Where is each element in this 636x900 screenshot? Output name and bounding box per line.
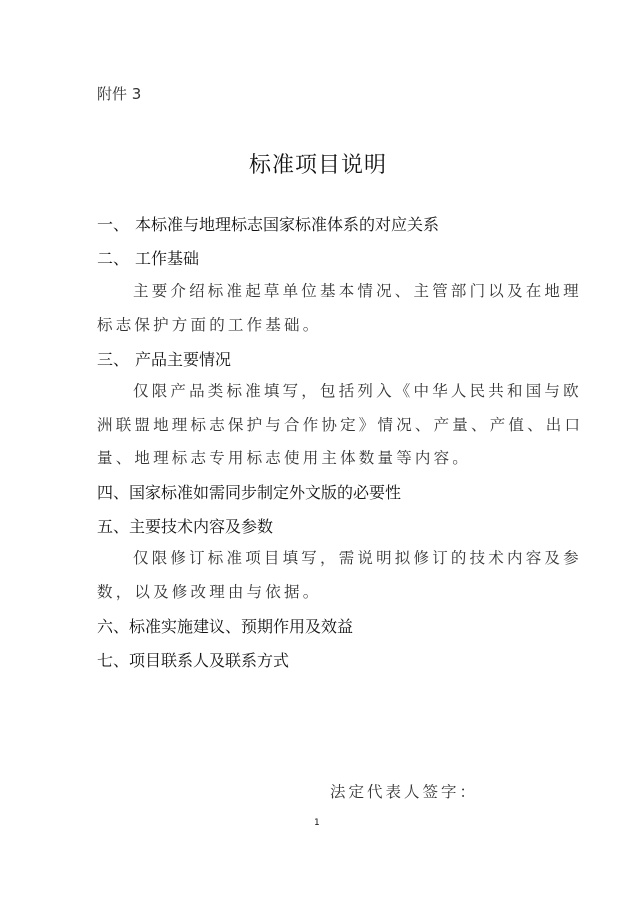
section-body-line: 洲联盟地理标志保护与合作协定》情况、产量、产值、出口 [97,413,583,435]
section-heading-6: 六、标准实施建议、预期作用及效益 [97,614,353,637]
section-number: 三、 [97,347,135,370]
section-heading-1: 一、本标准与地理标志国家标准体系的对应关系 [97,212,439,235]
section-title: 产品主要情况 [135,350,231,369]
section-title: 项目联系人及联系方式 [129,651,289,670]
section-heading-7: 七、项目联系人及联系方式 [97,648,289,671]
section-heading-3: 三、产品主要情况 [97,347,231,370]
section-heading-4: 四、国家标准如需同步制定外文版的必要性 [97,480,401,503]
section-number: 一、 [97,212,135,235]
attachment-label: 附件 3 [97,83,141,104]
section-number: 二、 [97,246,135,269]
section-number: 七、 [97,648,129,671]
page-number: 1 [314,818,320,828]
page-title: 标准项目说明 [0,148,636,179]
section-number: 五、 [97,514,129,537]
section-title: 本标准与地理标志国家标准体系的对应关系 [135,215,439,234]
signature-label: 法定代表人签字： [330,780,478,802]
section-title: 工作基础 [135,249,199,268]
section-body-line: 仅限修订标准项目填写，需说明拟修订的技术内容及参 [133,546,582,568]
section-number: 六、 [97,614,129,637]
section-heading-2: 二、工作基础 [97,246,199,269]
section-title: 标准实施建议、预期作用及效益 [129,617,353,636]
section-body-line: 主要介绍标准起草单位基本情况、主管部门以及在地理 [133,279,582,301]
section-body-line: 标志保护方面的工作基础。 [97,313,321,335]
section-number: 四、 [97,480,129,503]
section-body-line: 量、地理标志专用标志使用主体数量等内容。 [97,446,471,468]
section-body-line: 数，以及修改理由与依据。 [97,580,321,602]
section-body-line: 仅限产品类标准填写，包括列入《中华人民共和国与欧 [133,379,582,401]
section-title: 国家标准如需同步制定外文版的必要性 [129,483,401,502]
section-title: 主要技术内容及参数 [129,517,273,536]
section-heading-5: 五、主要技术内容及参数 [97,514,273,537]
